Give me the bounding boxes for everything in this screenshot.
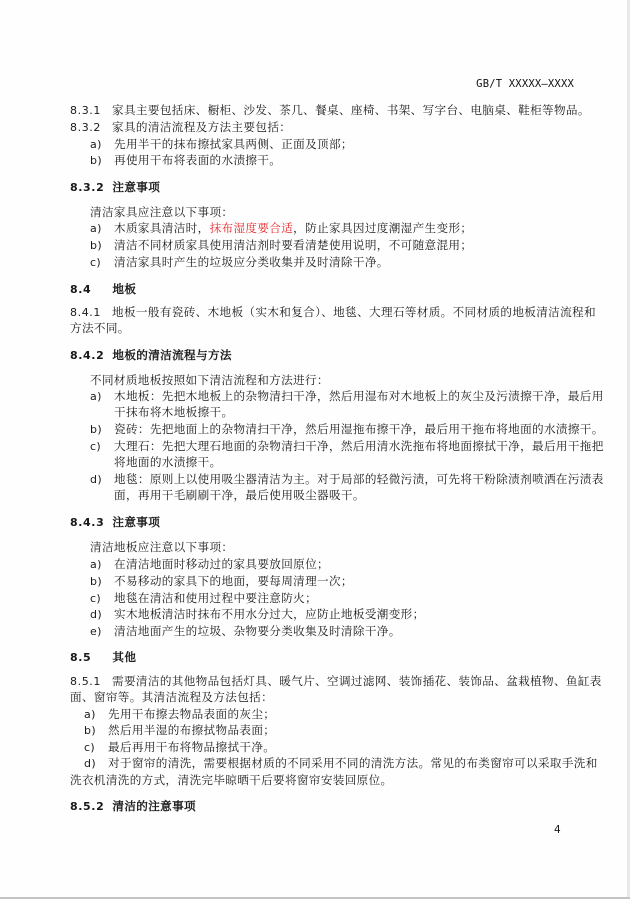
list-text: 地毯在清洁和使用过程中要注意防火； <box>114 591 317 605</box>
list-text: 实木地板清洁时抹布不用水分过大，应防止地板受潮变形； <box>114 607 425 621</box>
list-label: b) <box>84 723 108 739</box>
list-label: a) <box>90 557 114 573</box>
list-label: a) <box>84 707 108 723</box>
list-label: b) <box>90 238 114 254</box>
list-label: a) <box>90 137 114 153</box>
list-text: 最后再用干布将物品擦拭干净。 <box>108 740 275 754</box>
section-heading-8-3-2-notes: 8.3.2 注意事项 <box>70 179 160 196</box>
clause-8-3-1: 8.3.1 家具主要包括床、橱柜、沙发、茶几、餐桌、座椅、书架、写字台、电脑桌、… <box>70 102 590 119</box>
list-item: a)先用半干的抹布擦拭家具两侧、正面及顶部； <box>90 136 353 153</box>
list-text: 先用半干的抹布擦拭家具两侧、正面及顶部； <box>114 137 353 151</box>
list-text: 不易移动的家具下的地面，要每周清理一次； <box>114 574 353 588</box>
list-label: c) <box>90 255 114 271</box>
list-item: c)最后再用干布将物品擦拭干净。 <box>84 739 275 756</box>
list-text: 先用干布擦去物品表面的灰尘； <box>108 707 275 721</box>
list-item: a)木地板：先把木地板上的杂物清扫干净，然后用湿布对木地板上的灰尘及污渍擦干净，… <box>90 388 604 405</box>
list-text: 在清洁地面时移动过的家具要放回原位； <box>114 557 329 571</box>
clause-number: 8.3.2 <box>70 120 108 136</box>
list-text: 然后用半湿的布擦拭物品表面； <box>108 723 275 737</box>
clause-text: 家具主要包括床、橱柜、沙发、茶几、餐桌、座椅、书架、写字台、电脑桌、鞋柜等物品。 <box>112 103 590 117</box>
clause-8-4-1: 8.4.1 地板一般有瓷砖、木地板（实木和复合）、地毯、大理石等材质。不同材质的… <box>70 304 596 321</box>
list-item: b)瓷砖：先把地面上的杂物清扫干净，然后用湿拖布擦干净，最后用干拖布将地面的水渍… <box>90 421 604 438</box>
heading-title: 地板的清洁流程与方法 <box>112 348 231 362</box>
clause-number: 8.3.1 <box>70 103 108 119</box>
clause-number: 8.4.2 <box>70 348 108 364</box>
clause-number: 8.4.1 <box>70 305 108 321</box>
list-text: 清洁不同材质家具使用清洁剂时要看清楚使用说明，不可随意混用； <box>114 238 472 252</box>
list-label: a) <box>90 389 114 405</box>
list-item: b)清洁不同材质家具使用清洁剂时要看清楚使用说明，不可随意混用； <box>90 237 472 254</box>
clause-number: 8.4 <box>70 282 108 298</box>
heading-title: 注意事项 <box>112 515 160 529</box>
list-text-continued: 干抹布将木地板擦干。 <box>114 404 233 420</box>
list-item: b)不易移动的家具下的地面，要每周清理一次； <box>90 573 353 590</box>
section-heading-8-4-2: 8.4.2 地板的清洁流程与方法 <box>70 347 232 364</box>
clause-8-3-2-procedure: 8.3.2 家具的清洁流程及方法主要包括： <box>70 119 291 136</box>
clause-text: 需要清洁的其他物品包括灯具、暖气片、空调过滤网、装饰插花、装饰品、盆栽植物、鱼缸… <box>112 674 602 688</box>
list-text-continued: 面，再用干毛刷刷干净，最后使用吸尘器吸干。 <box>114 487 365 503</box>
list-label: d) <box>90 607 114 623</box>
list-item: d)地毯：原则上以使用吸尘器清洁为主。对于局部的轻微污渍，可先将干粉除渍剂喷洒在… <box>90 471 604 488</box>
clause-text-continued: 方法不同。 <box>70 320 130 336</box>
list-item: d)实木地板清洁时抹布不用水分过大，应防止地板受潮变形； <box>90 606 425 623</box>
highlighted-text: 抹布湿度要合适 <box>210 221 294 235</box>
clause-number: 8.5.2 <box>70 799 108 815</box>
page-number: 4 <box>554 824 561 836</box>
list-label: d) <box>84 756 108 772</box>
list-text: ，防止家具因过度潮湿产生变形； <box>293 221 472 235</box>
list-item: b)然后用半湿的布擦拭物品表面； <box>84 722 275 739</box>
list-item: a)先用干布擦去物品表面的灰尘； <box>84 706 275 723</box>
clause-text: 家具的清洁流程及方法主要包括： <box>112 120 291 134</box>
clause-text-continued: 面、窗帘等。其清洁流程及方法包括： <box>70 689 273 705</box>
list-item: d)对于窗帘的清洗，需要根据材质的不同采用不同的清洗方法。常见的布类窗帘可以采取… <box>84 755 598 772</box>
list-label: c) <box>90 591 114 607</box>
heading-title: 其他 <box>112 650 136 664</box>
list-text: 清洁家具时产生的垃圾应分类收集并及时清除干净。 <box>114 255 389 269</box>
heading-title: 注意事项 <box>112 180 160 194</box>
list-label: e) <box>90 624 114 640</box>
list-text-continued: 洗衣机清洗的方式，清洗完毕晾晒干后要将窗帘安装回原位。 <box>70 772 392 788</box>
section-heading-8-5-2: 8.5.2 清洁的注意事项 <box>70 798 196 815</box>
list-item: a)在清洁地面时移动过的家具要放回原位； <box>90 556 329 573</box>
list-label: a) <box>90 221 114 237</box>
heading-title: 清洁的注意事项 <box>112 799 196 813</box>
clause-number: 8.4.3 <box>70 515 108 531</box>
list-item: b)再使用干布将表面的水渍擦干。 <box>90 152 281 169</box>
list-text: 瓷砖：先把地面上的杂物清扫干净，然后用湿拖布擦干净，最后用干拖布将地面的水渍擦干… <box>114 422 604 436</box>
section-heading-8-4-3: 8.4.3 注意事项 <box>70 514 160 531</box>
clause-number: 8.5.1 <box>70 674 108 690</box>
list-text: 清洁地面产生的垃圾、杂物要分类收集及时清除干净。 <box>114 624 401 638</box>
list-text: 对于窗帘的清洗，需要根据材质的不同采用不同的清洗方法。常见的布类窗帘可以采取手洗… <box>108 756 598 770</box>
intro-text: 清洁地板应注意以下事项： <box>90 539 233 555</box>
section-heading-8-4: 8.4 地板 <box>70 281 136 298</box>
list-text-continued: 将地面的水渍擦干。 <box>114 454 222 470</box>
clause-number: 8.5 <box>70 650 108 666</box>
list-item: c)大理石：先把大理石地面的杂物清扫干净，然后用清水洗拖布将地面擦拭干净，最后用… <box>90 438 604 455</box>
section-heading-8-5: 8.5 其他 <box>70 649 136 666</box>
list-text: 大理石：先把大理石地面的杂物清扫干净，然后用清水洗拖布将地面擦拭干净，最后用干拖… <box>114 439 604 453</box>
list-item: c)地毯在清洁和使用过程中要注意防火； <box>90 590 317 607</box>
list-label: b) <box>90 422 114 438</box>
list-text: 木质家具清洁时， <box>114 221 210 235</box>
list-label: b) <box>90 153 114 169</box>
standard-code-header: GB/T XXXXX—XXXX <box>476 78 574 90</box>
intro-text: 清洁家具应注意以下事项： <box>90 204 233 220</box>
list-text: 地毯：原则上以使用吸尘器清洁为主。对于局部的轻微污渍，可先将干粉除渍剂喷洒在污渍… <box>114 472 604 486</box>
list-label: c) <box>90 439 114 455</box>
list-label: d) <box>90 472 114 488</box>
clause-text: 地板一般有瓷砖、木地板（实木和复合）、地毯、大理石等材质。不同材质的地板清洁流程… <box>112 305 596 319</box>
list-label: c) <box>84 740 108 756</box>
list-item: e)清洁地面产生的垃圾、杂物要分类收集及时清除干净。 <box>90 623 401 640</box>
intro-text: 不同材质地板按照如下清洁流程和方法进行： <box>90 372 329 388</box>
list-item: a)木质家具清洁时，抹布湿度要合适，防止家具因过度潮湿产生变形； <box>90 220 472 237</box>
list-item: c)清洁家具时产生的垃圾应分类收集并及时清除干净。 <box>90 254 389 271</box>
list-text: 木地板：先把木地板上的杂物清扫干净，然后用湿布对木地板上的灰尘及污渍擦干净，最后… <box>114 389 604 403</box>
clause-8-5-1: 8.5.1 需要清洁的其他物品包括灯具、暖气片、空调过滤网、装饰插花、装饰品、盆… <box>70 673 602 690</box>
list-text: 再使用干布将表面的水渍擦干。 <box>114 153 281 167</box>
list-label: b) <box>90 574 114 590</box>
heading-title: 地板 <box>112 282 136 296</box>
clause-number: 8.3.2 <box>70 180 108 196</box>
document-page: GB/T XXXXX—XXXX 8.3.1 家具主要包括床、橱柜、沙发、茶几、餐… <box>0 0 627 897</box>
